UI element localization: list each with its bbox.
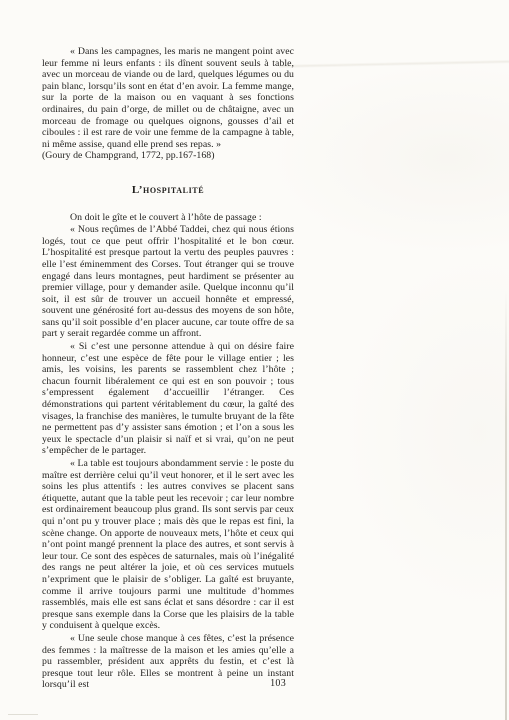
page-number: 103 <box>42 678 286 689</box>
body-paragraph-3: « La table est toujours abondamment serv… <box>42 458 294 632</box>
book-page: « Dans les campagnes, les maris ne mange… <box>0 0 509 720</box>
body-paragraph-1: « Nous reçûmes de l’Abbé Taddei, chez qu… <box>42 224 294 340</box>
section-lead-paragraph: On doit le gîte et le couvert à l’hôte d… <box>42 212 294 224</box>
section-heading: L’hospitalité <box>42 185 294 197</box>
scan-mark-artifact <box>8 714 38 715</box>
opening-quote-paragraph: « Dans les campagnes, les maris ne mange… <box>42 46 294 150</box>
scan-page-edge-line <box>505 290 507 720</box>
source-citation: (Goury de Champgrand, 1772, pp.167-168) <box>42 150 294 162</box>
text-column: « Dans les campagnes, les maris ne mange… <box>42 46 294 691</box>
scan-crease-artifact <box>279 60 509 69</box>
body-paragraph-2: « Si c’est une personne attendue à qui o… <box>42 341 294 457</box>
